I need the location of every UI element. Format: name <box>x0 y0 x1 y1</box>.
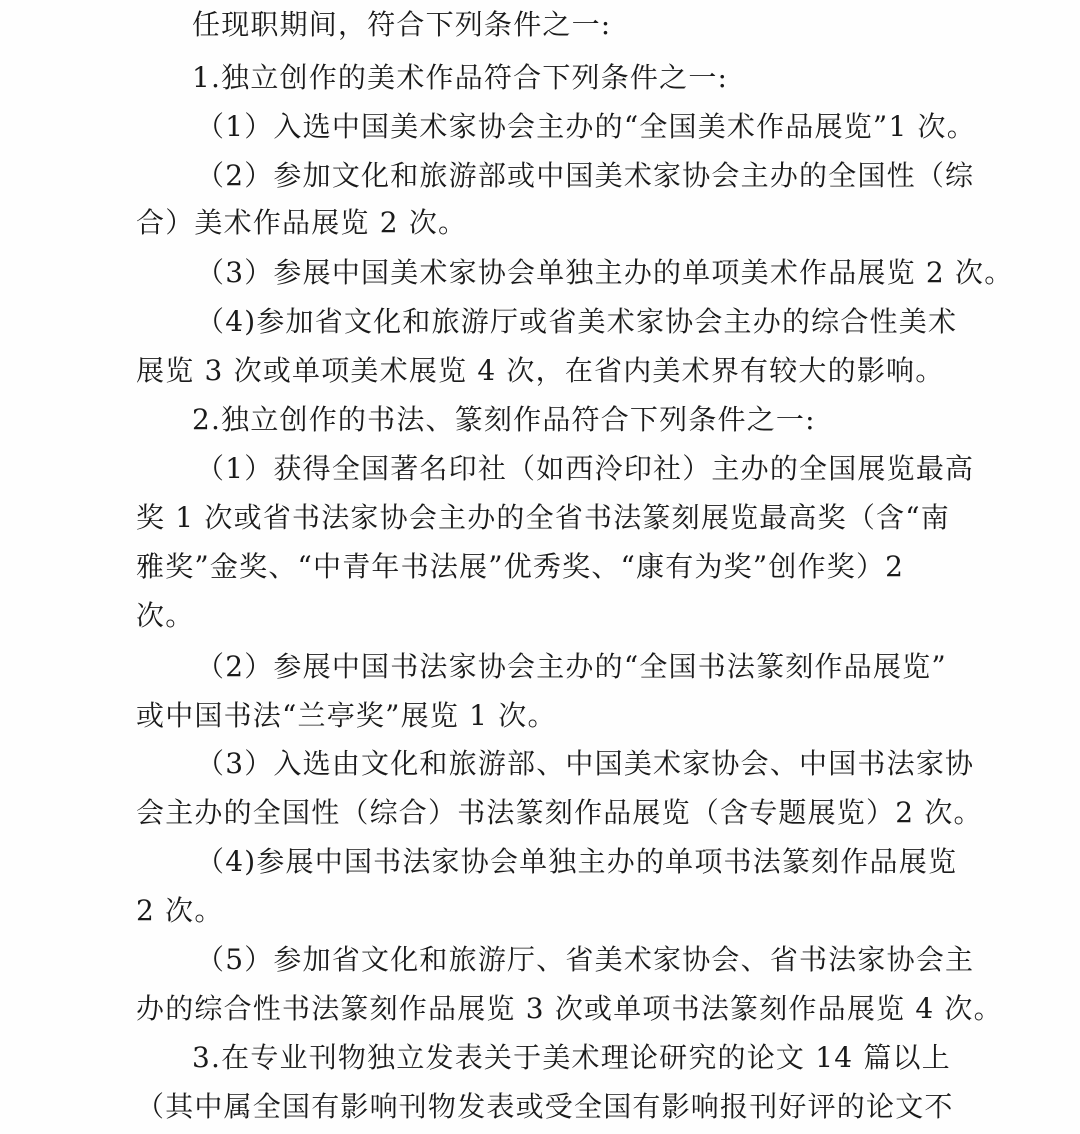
section-2-item-4-cont: 2 次。 <box>136 894 224 928</box>
section-2-item-1-cont: 雅奖”金奖、“中青年书法展”优秀奖、“康有为奖”创作奖）2 <box>136 550 904 584</box>
section-2-item-4: （4)参展中国书法家协会单独主办的单项书法篆刻作品展览 <box>196 845 957 879</box>
section-2-item-3: （3）入选由文化和旅游部、中国美术家协会、中国书法家协 <box>196 747 974 781</box>
section-1-item-4-cont: 展览 3 次或单项美术展览 4 次，在省内美术界有较大的影响。 <box>136 354 944 388</box>
section-1-item-2-cont: 合）美术作品展览 2 次。 <box>136 206 467 240</box>
section-1-heading: 1.独立创作的美术作品符合下列条件之一: <box>192 61 728 95</box>
section-1-item-3: （3）参展中国美术家协会单独主办的单项美术作品展览 2 次。 <box>196 256 1013 290</box>
section-2-item-5: （5）参加省文化和旅游厅、省美术家协会、省书法家协会主 <box>196 943 974 977</box>
section-1-item-4: （4)参加省文化和旅游厅或省美术家协会主办的综合性美术 <box>196 305 957 339</box>
section-2-item-2-cont: 或中国书法“兰亭奖”展览 1 次。 <box>136 699 557 733</box>
section-2-item-1-cont: 奖 1 次或省书法家协会主办的全省书法篆刻展览最高奖（含“南 <box>136 501 950 535</box>
section-3-heading-cont: （其中属全国有影响刊物发表或受全国有影响报刊好评的论文不 <box>136 1090 954 1124</box>
document-page: 任现职期间，符合下列条件之一: 1.独立创作的美术作品符合下列条件之一: （1）… <box>0 0 1080 1134</box>
section-2-item-5-cont: 办的综合性书法篆刻作品展览 3 次或单项书法篆刻作品展览 4 次。 <box>136 992 1003 1026</box>
section-1-item-1: （1）入选中国美术家协会主办的“全国美术作品展览”1 次。 <box>196 110 976 144</box>
section-2-heading: 2.独立创作的书法、篆刻作品符合下列条件之一: <box>192 403 816 437</box>
intro-line: 任现职期间，符合下列条件之一: <box>192 8 611 42</box>
section-2-item-3-cont: 会主办的全国性（综合）书法篆刻作品展览（含专题展览）2 次。 <box>136 796 983 830</box>
section-2-item-1: （1）获得全国著名印社（如西泠印社）主办的全国展览最高 <box>196 452 974 486</box>
section-2-item-1-cont: 次。 <box>136 599 194 633</box>
section-2-item-2: （2）参展中国书法家协会主办的“全国书法篆刻作品展览” <box>196 650 947 684</box>
section-1-item-2: （2）参加文化和旅游部或中国美术家协会主办的全国性（综 <box>196 159 974 193</box>
section-3-heading: 3.在专业刊物独立发表关于美术理论研究的论文 14 篇以上 <box>192 1041 951 1075</box>
